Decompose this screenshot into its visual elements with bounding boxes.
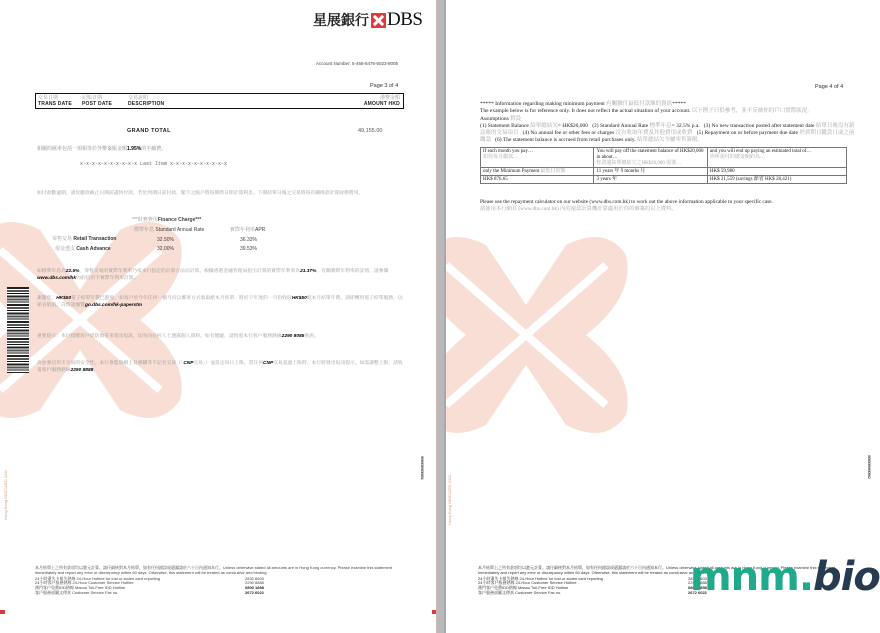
cnp-paragraph: 為加強信用卡交易的安全性，本行會監察網上及郵購等不記名交易（「CNP交易」）並設… bbox=[37, 361, 404, 374]
col-trans-date: 交易日期 TRANS DATE bbox=[38, 95, 72, 107]
paper-statement-link[interactable]: go.dbs.com/hk-paperstm bbox=[85, 303, 142, 308]
col-post-date: 記賬日期 POST DATE bbox=[82, 95, 112, 107]
fx-fee-note: 相關的匯率包括一項相等於外幣簽賬金額1.95%的手續費。 bbox=[37, 145, 166, 152]
table-row: HK$ 876.65 3 years 年 HK$ 31,559 (savings… bbox=[481, 176, 847, 184]
repayment-paragraph: 如付款數逾期，請於繳款截止日期前盡快付款。若於到期日前付款，閣下之賬戶將按實際日… bbox=[37, 191, 404, 198]
statement-footer: 本月結單上之所有款項均以港元計算。請仔細核對本月結單，如有任何錯誤或遺漏請於六十… bbox=[35, 566, 407, 596]
cash-apr: 39.53% bbox=[240, 246, 257, 252]
bank-name-cn: 星展銀行 bbox=[313, 10, 369, 30]
side-code-left: Hong Kong DBSCARD 4111 bbox=[447, 455, 452, 525]
grand-total-value: 49,155.00 bbox=[358, 128, 382, 134]
account-number: Account Number: 5-466-8476-6023-8005 bbox=[316, 61, 398, 66]
minimum-payment-info: ***** Information regarding making minim… bbox=[480, 101, 855, 145]
retail-rate: 32.50% bbox=[157, 237, 174, 243]
retail-apr: 36.33% bbox=[240, 237, 257, 243]
dbs-logo: 星展銀行 DBS bbox=[313, 9, 422, 31]
cash-rate: 32.00% bbox=[157, 246, 174, 252]
statement-page-3: 星展銀行 DBS Account Number: 5-466-8476-6023… bbox=[0, 0, 436, 633]
hotline-row: 客戶服務部圖文傳真 Customer Service Fax no.2672 6… bbox=[35, 591, 407, 596]
col-description: 交易說明 DESCRIPTION bbox=[128, 95, 164, 107]
side-code-left: Hong Kong DBSCARD 4111 bbox=[3, 450, 8, 520]
print-mark bbox=[0, 610, 5, 614]
assumptions-list: (1) Statement Balance 結單總結欠= HK$20,000 (… bbox=[480, 123, 855, 145]
repayment-example-table: If each month you pay…如你每月繳款… You will p… bbox=[480, 147, 847, 184]
last-item-marker: x-x-x-x-x-x-x-x-x-x Last Item x-x-x-x-x-… bbox=[80, 161, 227, 167]
statement-page-4: Page 4 of 4 ***** Information regarding … bbox=[446, 0, 880, 633]
footer-disclaimer: 本月結單上之所有款項均以港元計算。請仔細核對本月結單，如有任何錯誤或遺漏請於六十… bbox=[35, 566, 407, 576]
barcode bbox=[7, 287, 29, 373]
standard-rate-header: 標準年息 Standard Annual Rate bbox=[134, 226, 204, 233]
transactions-table-header: 交易日期 TRANS DATE 記賬日期 POST DATE 交易說明 DESC… bbox=[35, 93, 404, 109]
table-header-row: If each month you pay…如你每月繳款… You will p… bbox=[481, 148, 847, 168]
grand-total-label: GRAND TOTAL bbox=[127, 128, 171, 134]
page-divider bbox=[436, 0, 446, 633]
page-number: Page 4 of 4 bbox=[815, 84, 843, 90]
assumptions-label: Assumptions 假設 bbox=[480, 116, 855, 123]
apr-paragraph: 如標準年息為22.5%，零售交易的實際年利率乃按本行指定的計算方法而計算。根據香… bbox=[37, 269, 404, 282]
side-code-right: 0000000000002 bbox=[866, 455, 870, 485]
finance-charge-title: ***財務費用Finance Charge*** bbox=[132, 216, 201, 223]
mnm-bio-watermark: mnm.bio bbox=[690, 557, 880, 597]
page-number: Page 3 of 4 bbox=[370, 83, 398, 89]
bank-name-en: DBS bbox=[387, 9, 422, 31]
col-amount: 港幣金額 AMOUNT HKD bbox=[364, 95, 400, 107]
table-row: only the Minimum Payment 最低付款額 11 years … bbox=[481, 168, 847, 176]
calculator-note: Please use the repayment calculator on o… bbox=[480, 199, 855, 214]
finance-row-cash: 現金透支 Cash Advance bbox=[55, 245, 111, 252]
info-intro: The example below is for reference only.… bbox=[480, 108, 855, 115]
apr-header: 實際年利率APR bbox=[230, 226, 265, 233]
fraud-warning-paragraph: 重要提示：本行提醒客戶提防偽冒來電及短訊，切勿向任何人士透露個人資料。如有懷疑，… bbox=[37, 334, 404, 341]
finance-row-retail: 零售交易 Retail Transaction bbox=[52, 235, 116, 242]
side-code-right: 0000000000001 bbox=[419, 456, 423, 486]
dbs-star-icon bbox=[371, 13, 386, 28]
dbs-watermark-icon bbox=[446, 215, 646, 455]
estatement-paragraph: 謝謝您，HK$50電子結單年費已豁免。如客戶於今年任何一個月份以郵寄方式收取紙本… bbox=[37, 296, 404, 309]
dbs-website-link[interactable]: www.dbs.com/hk bbox=[37, 276, 76, 281]
